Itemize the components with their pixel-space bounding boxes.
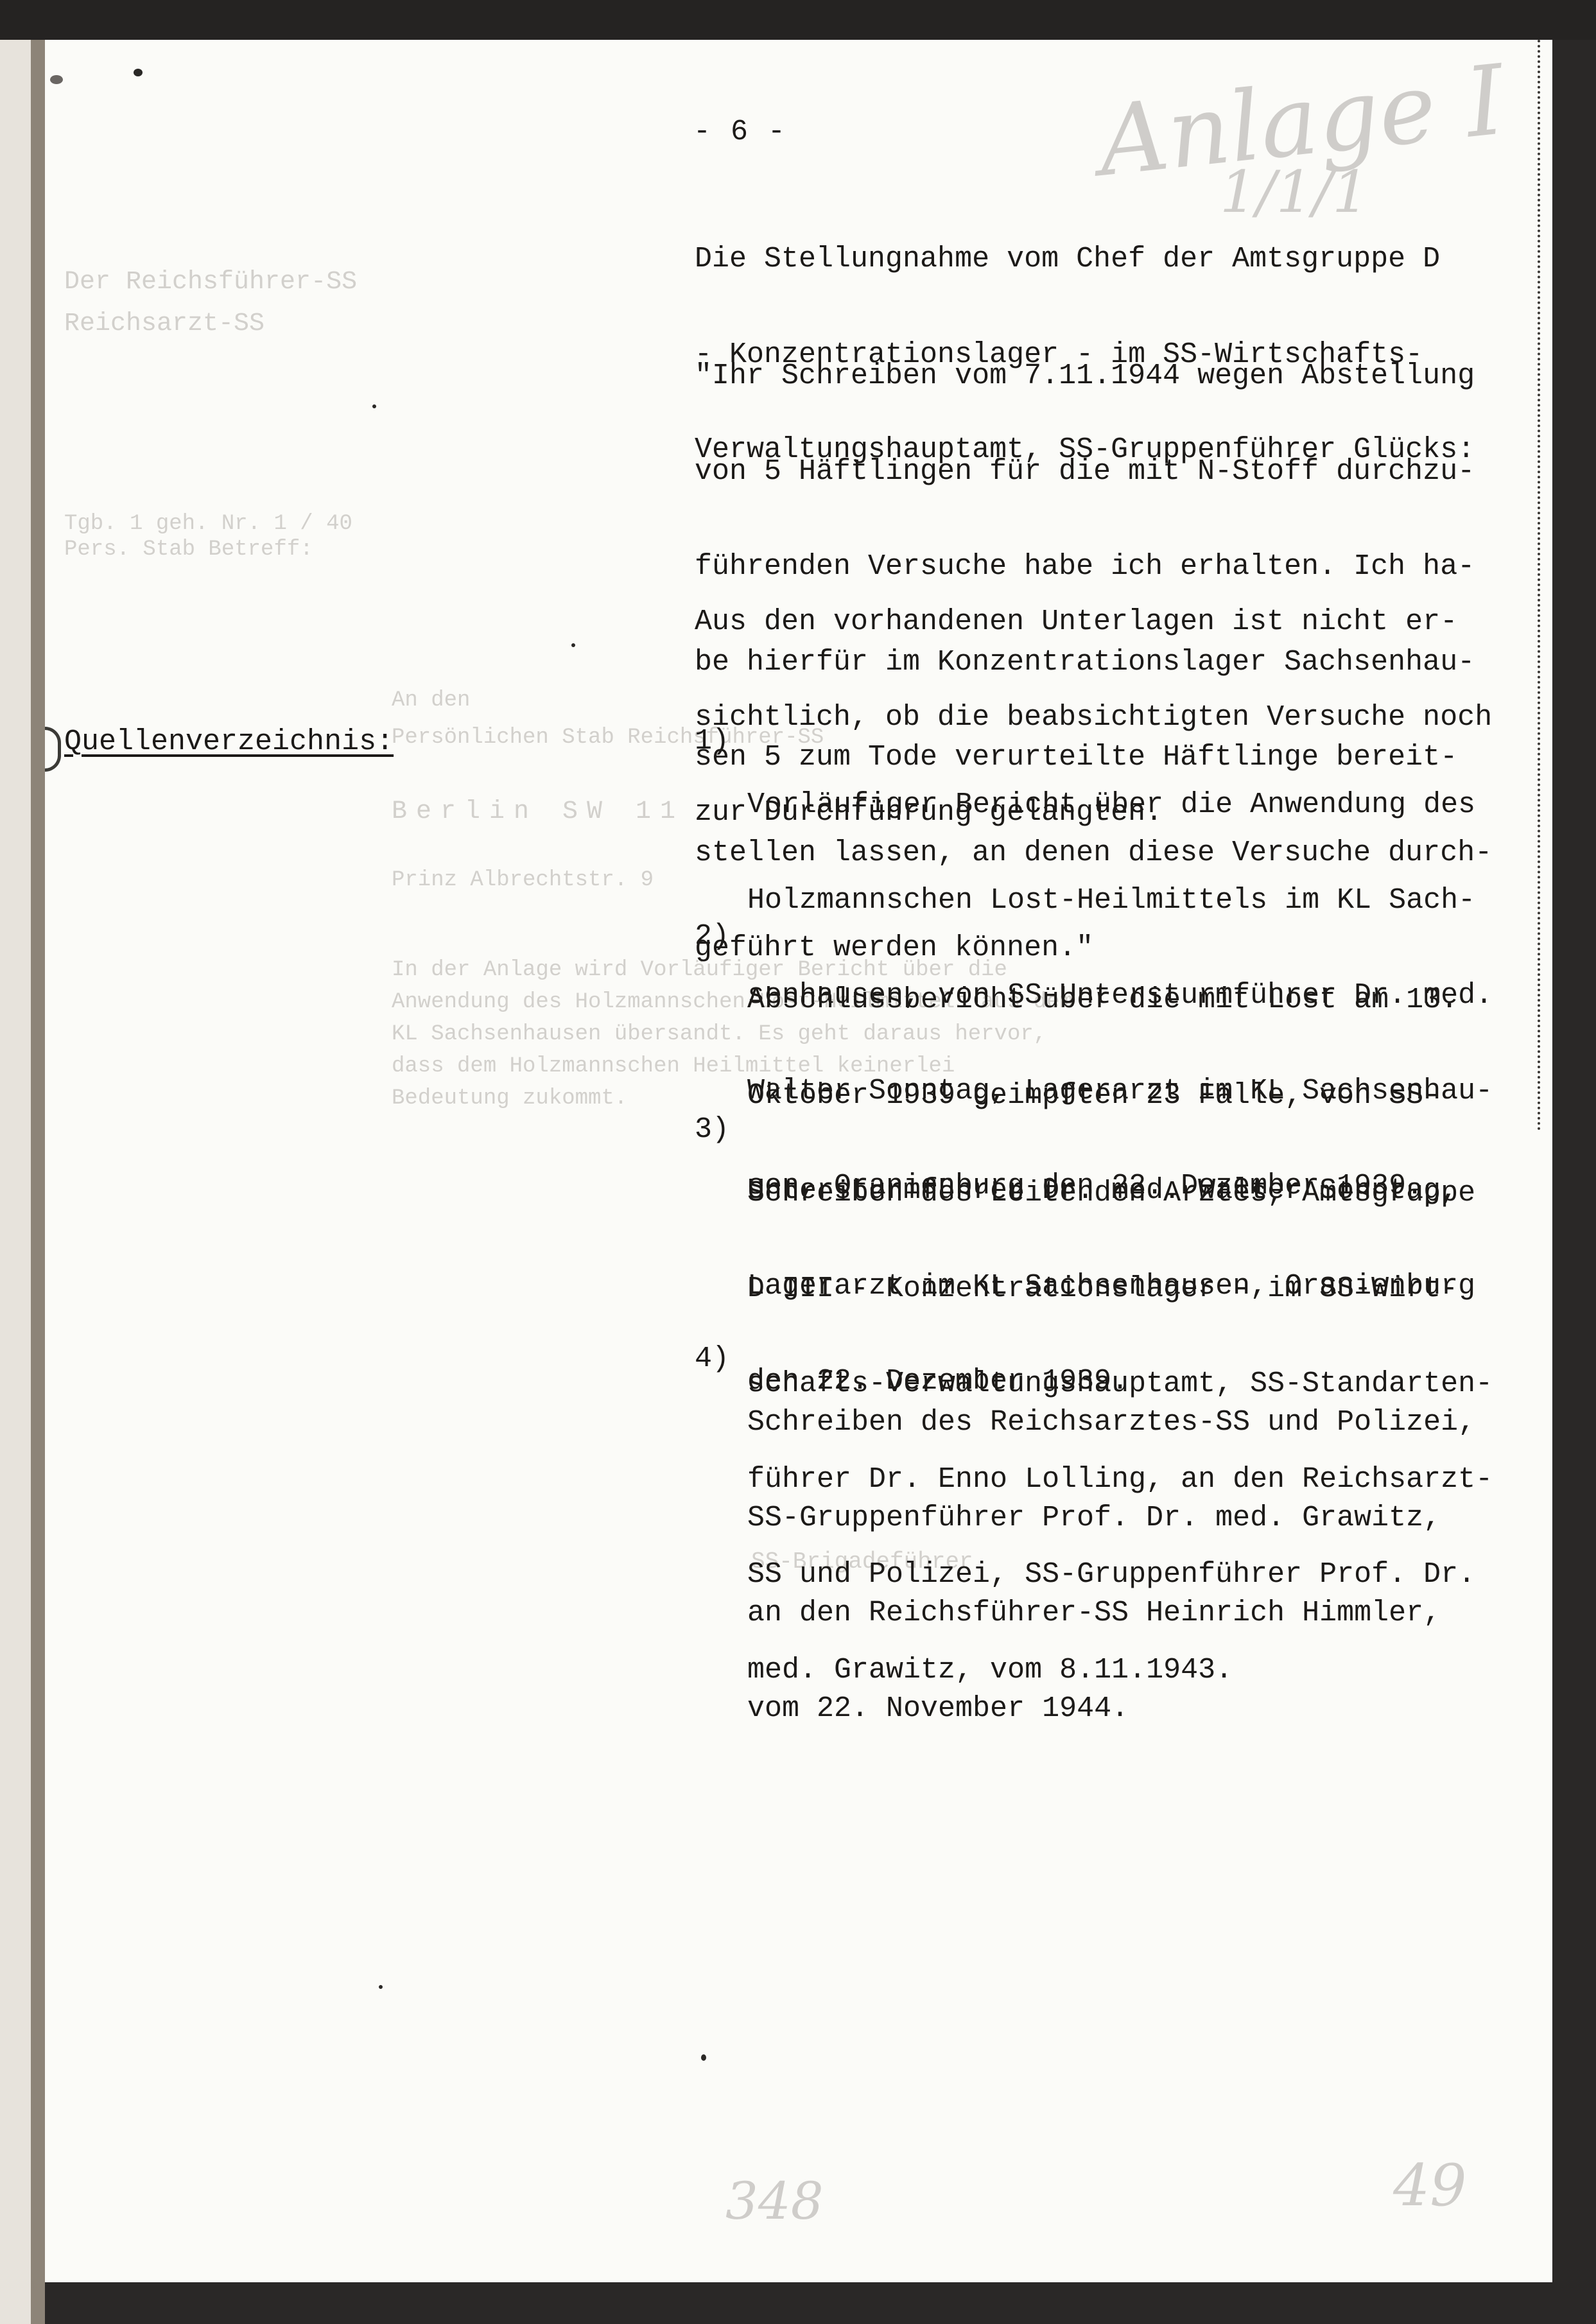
text-line: Oktober 1939 geimpften 23 Fälle, von SS- [747, 1080, 1475, 1112]
bleed-through-line: An den [392, 688, 470, 713]
source-item-3: 3) Schreiben des Leitenden Arztes, Amtsg… [695, 1114, 764, 1241]
binding-strip-dark [31, 40, 45, 2324]
handwritten-folio-right: 49 [1393, 2152, 1467, 2219]
text-line: Die Stellungnahme vom Chef der Amtsgrupp… [695, 243, 1548, 275]
scan-speck [379, 1985, 383, 1989]
page-number: - 6 - [693, 116, 786, 148]
bleed-through-line: Reichsarzt-SS [64, 309, 265, 338]
scan-speck [372, 404, 376, 408]
bleed-through-line: Pers. Stab Betreff: [64, 537, 313, 562]
bleed-through-line: Bedeutung zukommt. [392, 1086, 627, 1111]
source-number: 3) [695, 1114, 729, 1146]
text-line: vom 22. November 1944. [747, 1693, 1475, 1725]
text-line: Abschlussbericht über die mit Lost am 13… [747, 984, 1475, 1016]
bleed-through-line: Prinz Albrechtstr. 9 [392, 868, 654, 892]
scan-speck [571, 643, 575, 647]
scan-speck [701, 2054, 706, 2061]
source-number: 4) [695, 1343, 729, 1375]
scanner-background-top [0, 0, 1596, 40]
handwritten-folio-left: 348 [725, 2171, 824, 2231]
text-line: Schreiben des Reichsarztes-SS und Polize… [747, 1407, 1475, 1439]
bleed-through-line: Tgb. 1 geh. Nr. 1 / 40 [64, 512, 352, 536]
source-item-4: 4) Schreiben des Reichsarztes-SS und Pol… [695, 1343, 764, 1470]
text-line: D III - Konzentrationslager - im SS-Wirt… [747, 1273, 1493, 1305]
text-line: Schreiben des Leitenden Arztes, Amtsgrup… [747, 1177, 1493, 1210]
binding-strip-light [0, 40, 31, 2324]
text-line: Holzmannschen Lost-Heilmittels im KL Sac… [747, 885, 1493, 917]
scan-speck [50, 75, 63, 84]
sources-heading: Quellenverzeichnis: [64, 725, 394, 758]
text-line: Aus den vorhandenen Unterlagen ist nicht… [695, 606, 1548, 638]
source-number: 2) [695, 921, 729, 953]
margin-bracket-mark [45, 727, 61, 772]
source-number: 1) [695, 725, 729, 758]
scan-speck [134, 69, 143, 76]
source-item-2: 2) Abschlussbericht über die mit Lost am… [695, 921, 764, 1048]
bleed-through-line: Der Reichsführer-SS [64, 268, 357, 297]
bleed-through-line: Berlin SW 11 [392, 797, 684, 826]
text-line: Vorläufiger Bericht über die Anwendung d… [747, 789, 1493, 821]
text-line: von 5 Häftlingen für die mit N-Stoff dur… [695, 456, 1548, 488]
text-line: SS-Gruppenführer Prof. Dr. med. Grawitz, [747, 1502, 1475, 1534]
document-page: Der Reichsführer-SS Reichsarzt-SS Tgb. 1… [45, 40, 1552, 2282]
text-line: an den Reichsführer-SS Heinrich Himmler, [747, 1597, 1475, 1629]
text-line: "Ihr Schreiben vom 7.11.1944 wegen Abste… [695, 360, 1548, 392]
source-item-1: 1) Vorläufiger Bericht über die Anwendun… [695, 725, 764, 853]
